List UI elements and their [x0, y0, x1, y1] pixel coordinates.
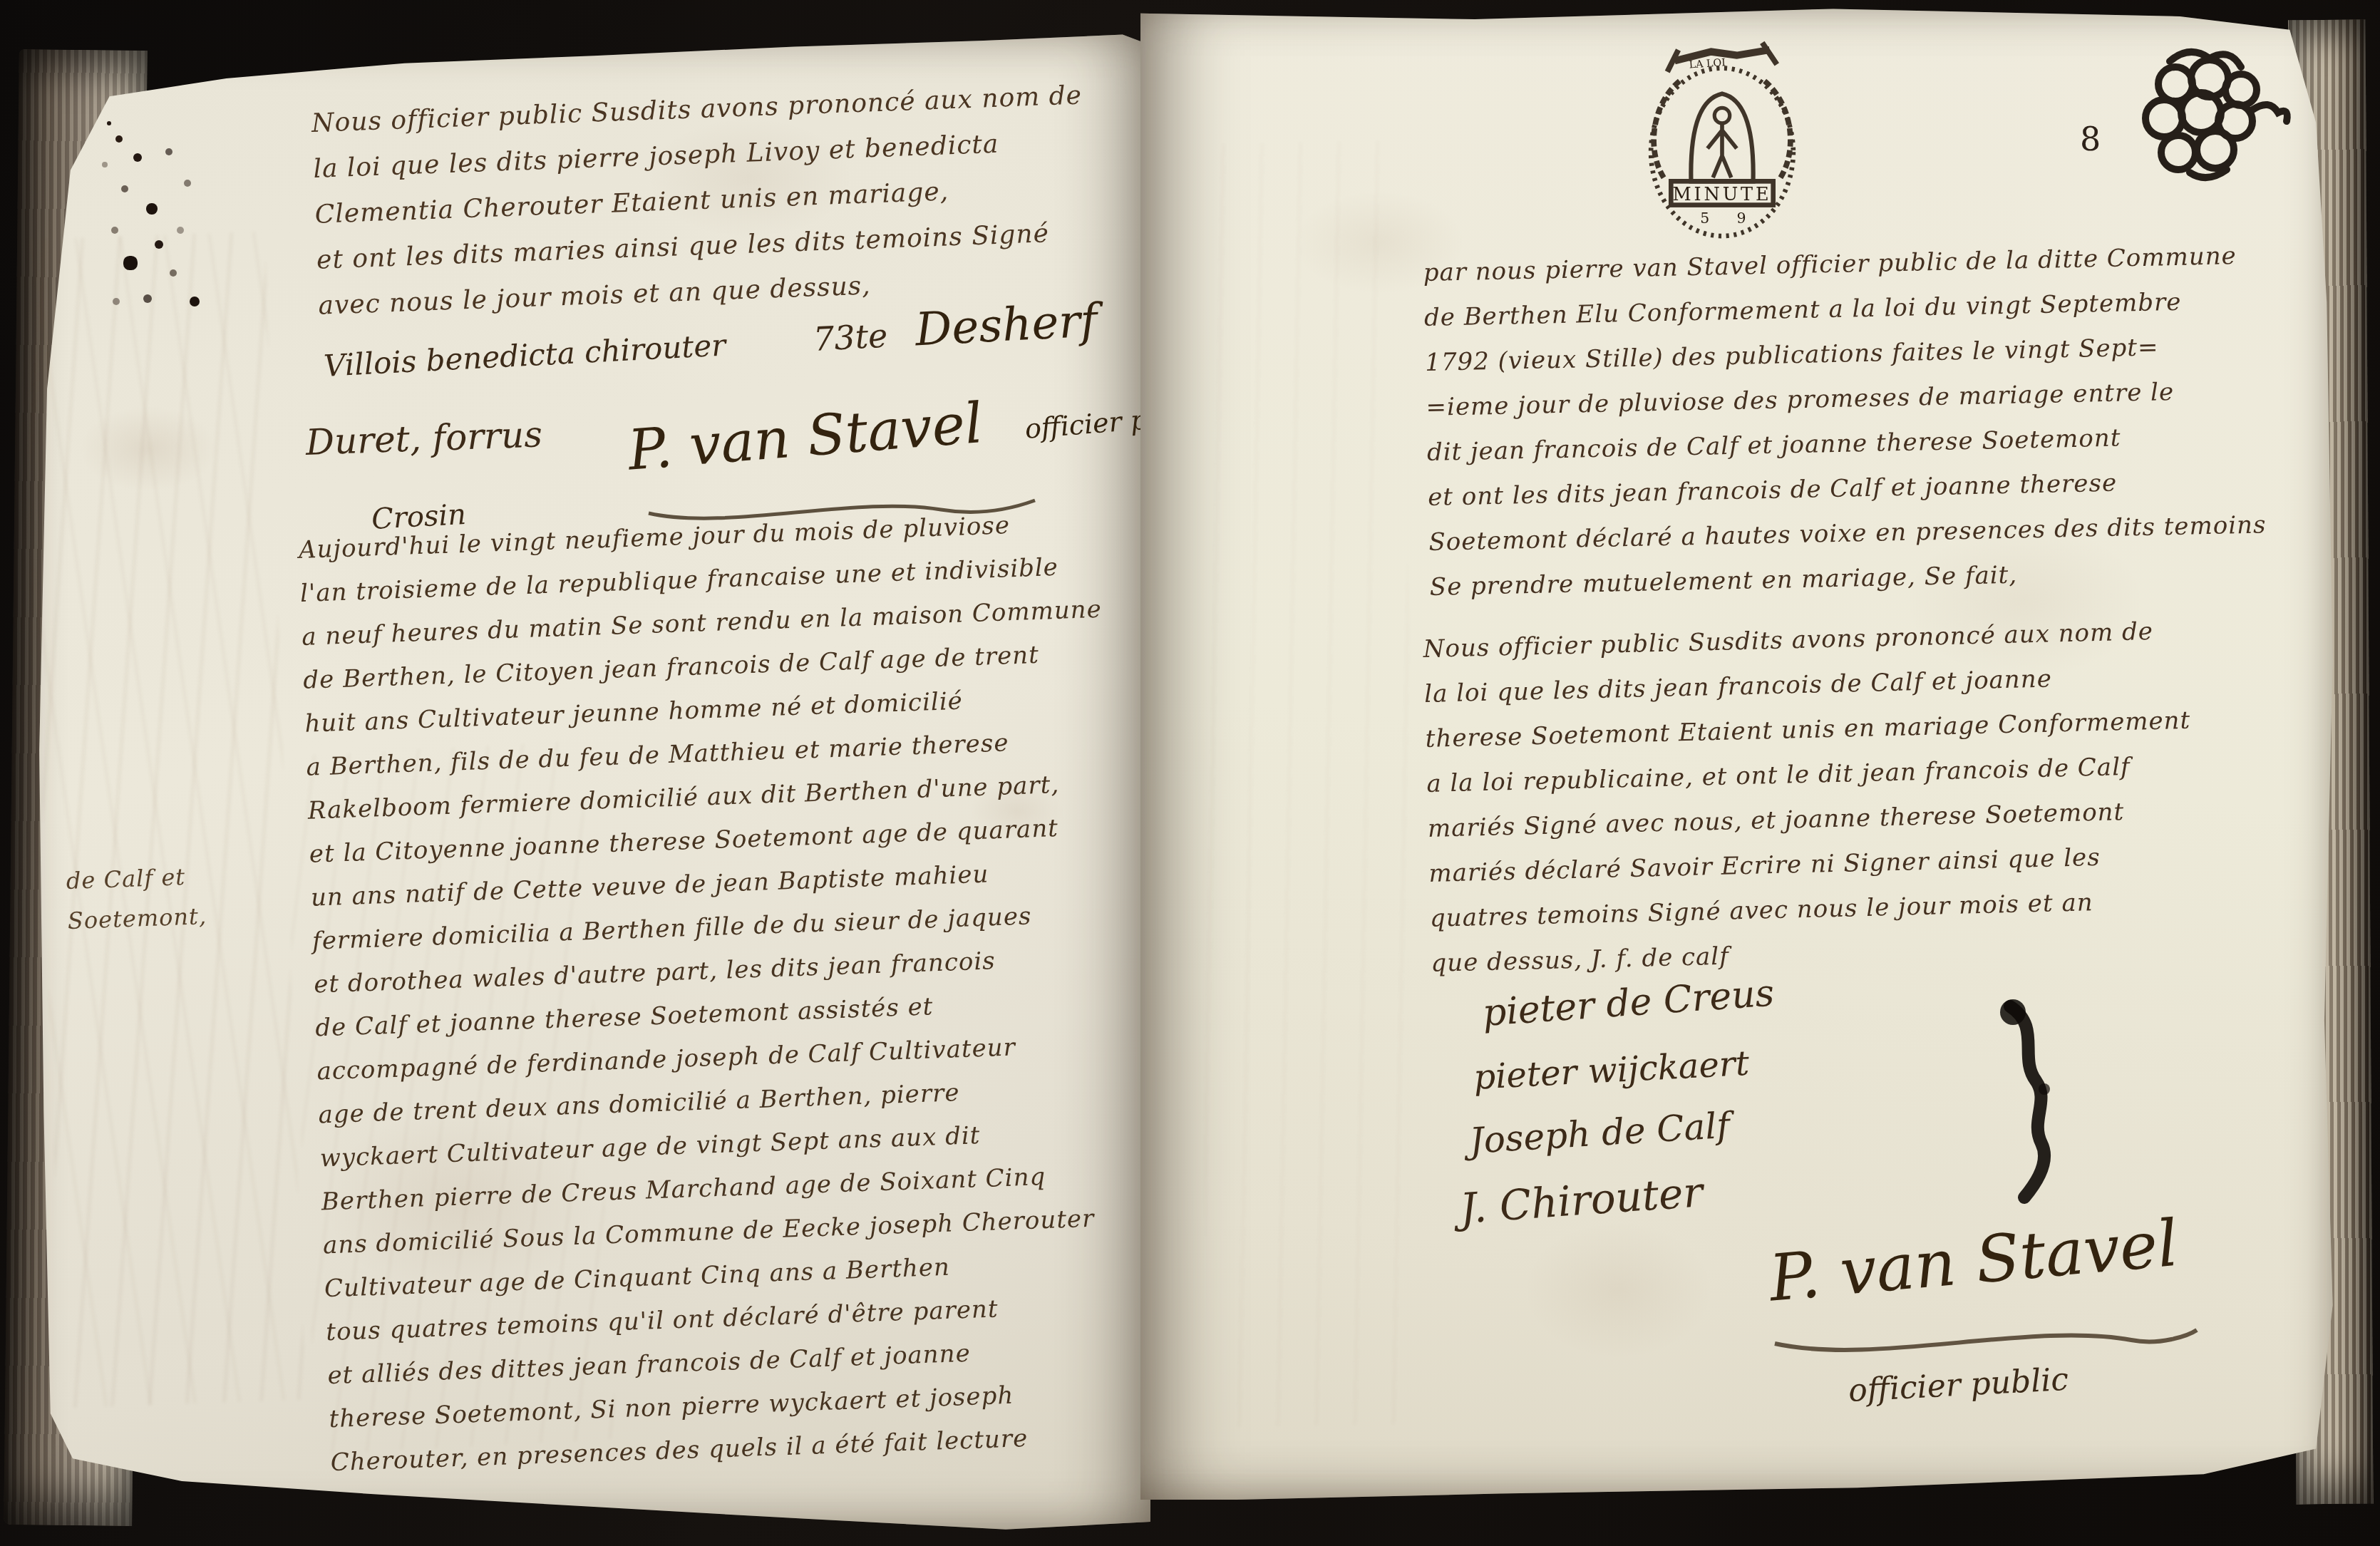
- margin-note: de Calf etSoetemont,: [66, 856, 207, 941]
- official-signature-flourish: [1761, 1319, 2203, 1369]
- signature-bride-mark: 73te: [813, 316, 889, 359]
- svg-text:9: 9: [1736, 210, 1746, 227]
- left-act-paragraph: Aujourd'hui le vingt neufieme jour du mo…: [298, 501, 1131, 1485]
- minute-revenue-stamp: MINUTE 5 9 LA LOI: [1631, 34, 1813, 248]
- right-paragraph-1: par nous pierre van Stavel officier publ…: [1423, 233, 2267, 609]
- stamp-banner-text: LA LOI: [1689, 57, 1726, 71]
- manuscript-scan: { "page_number": "8", "stamp": { "banner…: [0, 0, 2380, 1546]
- ink-blot: [1967, 998, 2081, 1212]
- text-line: Soetemont,: [67, 896, 207, 941]
- page-number: 8: [2080, 120, 2101, 158]
- ink-speckles: [107, 121, 111, 125]
- signature-deshez: Desherf: [914, 294, 1098, 356]
- left-intro-paragraph: Nous officier public Susdits avons prono…: [311, 73, 1090, 329]
- right-paragraph-2: Nous officier public Susdits avons prono…: [1423, 609, 2197, 986]
- text-line: de Calf et: [66, 856, 206, 901]
- rosette-corner-seal-icon: [2116, 36, 2294, 192]
- stamp-label-text: MINUTE: [1672, 184, 1771, 205]
- svg-text:5: 5: [1700, 210, 1709, 227]
- signature-duret-forrus: Duret, forrus: [305, 413, 543, 463]
